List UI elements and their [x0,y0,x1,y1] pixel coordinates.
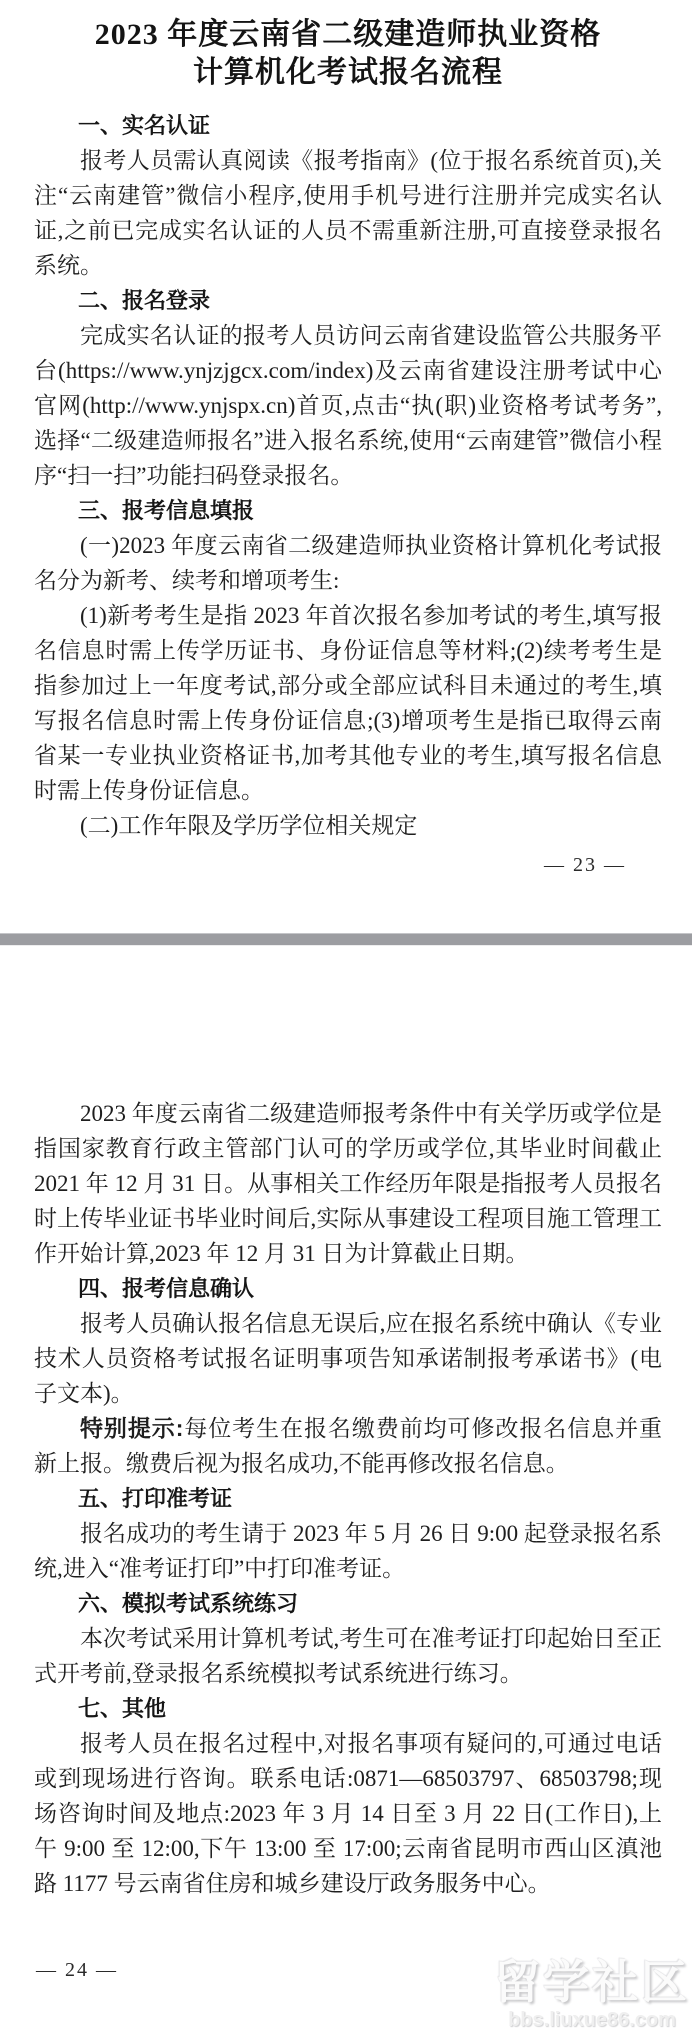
paragraph-print-admission: 报名成功的考生请于 2023 年 5 月 26 日 9:00 起登录报名系统,进… [34,1516,662,1586]
paragraph-work-years-subheading: (二)工作年限及学历学位相关规定 [34,808,662,843]
special-tip-label: 特别提示: [80,1415,183,1441]
paragraph-candidate-types-detail: (1)新考考生是指 2023 年首次报名参加考试的考生,填写报名信息时需上传学历… [34,598,662,808]
document-page-24: 2023 年度云南省二级建造师报考条件中有关学历或学位是指国家教育行政主管部门认… [0,946,692,2032]
section-heading-2: 二、报名登录 [34,283,662,318]
section-heading-1: 一、实名认证 [34,108,662,143]
paragraph-contact-info: 报考人员在报名过程中,对报名事项有疑问的,可通过电话或到现场进行咨询。联系电话:… [34,1726,662,1901]
section-heading-4: 四、报考信息确认 [34,1271,662,1306]
document-title-line-2: 计算机化考试报名流程 [34,54,662,92]
section-heading-7: 七、其他 [34,1691,662,1726]
section-heading-3: 三、报考信息填报 [34,493,662,528]
paragraph-special-tip: 特别提示:每位考生在报名缴费前均可修改报名信息并重新上报。缴费后视为报名成功,不… [34,1411,662,1481]
watermark-site-url: bbs.liuxue86.com [494,2007,690,2032]
page-divider [0,933,692,946]
paragraph-real-name-auth: 报考人员需认真阅读《报考指南》(位于报名系统首页),关注“云南建管”微信小程序,… [34,143,662,283]
page-number-24: — 24 — [34,1956,662,1984]
document-page-23: 2023 年度云南省二级建造师执业资格 计算机化考试报名流程 一、实名认证 报考… [0,0,692,933]
paragraph-education-requirements: 2023 年度云南省二级建造师报考条件中有关学历或学位是指国家教育行政主管部门认… [34,1096,662,1271]
document-title: 2023 年度云南省二级建造师执业资格 计算机化考试报名流程 [34,16,662,92]
paragraph-candidate-types-intro: (一)2023 年度云南省二级建造师执业资格计算机化考试报名分为新考、续考和增项… [34,528,662,598]
section-heading-5: 五、打印准考证 [34,1481,662,1516]
page-number-23: — 23 — [34,851,662,879]
scanned-document: 2023 年度云南省二级建造师执业资格 计算机化考试报名流程 一、实名认证 报考… [0,0,692,2032]
paragraph-info-confirm: 报考人员确认报名信息无误后,应在报名系统中确认《专业技术人员资格考试报名证明事项… [34,1306,662,1411]
paragraph-login: 完成实名认证的报考人员访问云南省建设监管公共服务平台(https://www.y… [34,318,662,493]
section-heading-6: 六、模拟考试系统练习 [34,1586,662,1621]
document-title-line-1: 2023 年度云南省二级建造师执业资格 [34,16,662,54]
paragraph-mock-exam: 本次考试采用计算机考试,考生可在准考证打印起始日至正式开考前,登录报名系统模拟考… [34,1621,662,1691]
